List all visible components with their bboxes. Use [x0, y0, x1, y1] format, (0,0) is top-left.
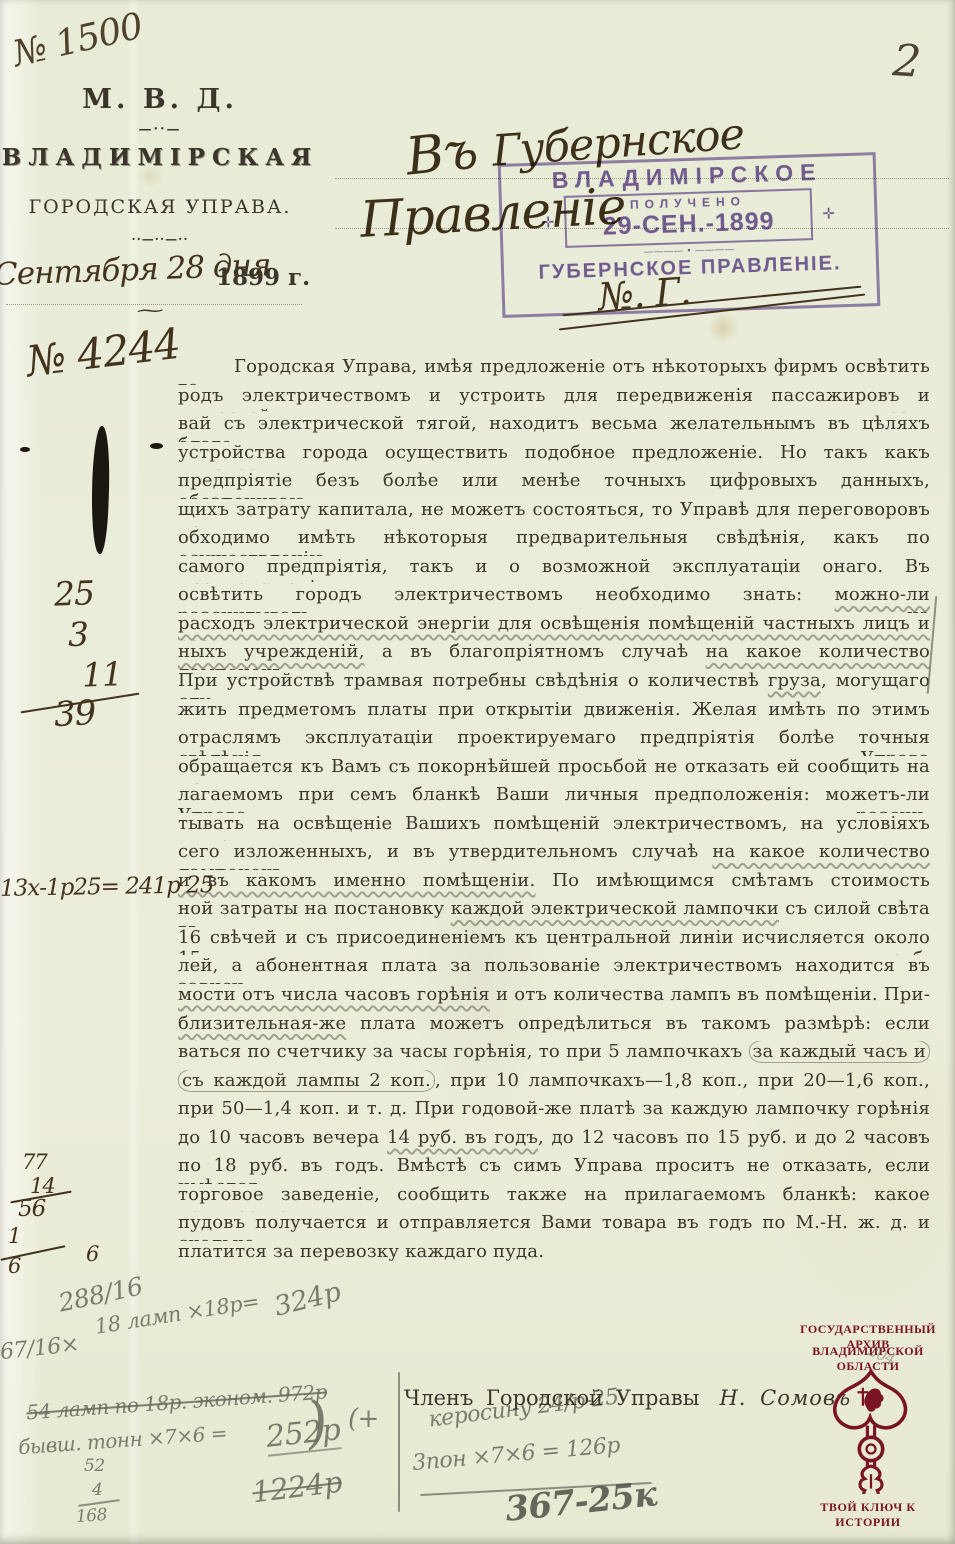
margin-sum-column: 25311: [44, 572, 154, 695]
body-line: сего изложенныхъ, и въ утвердительномъ с…: [178, 841, 930, 870]
body-segment: тывать на освѣщеніе Вашихъ помѣщеній эле…: [178, 813, 930, 842]
body-segment: обращается къ Вамъ съ покорнѣйшей просьб…: [178, 756, 930, 785]
pencil-marked-phrase: груза: [768, 670, 821, 691]
margin-calc-ink: 13х-1р25= 241р 25: [0, 872, 214, 902]
pencil-col-52: 52: [84, 1456, 105, 1476]
body-segment: а въ благопріятномъ случаѣ: [365, 641, 706, 662]
pencil-marked-phrase: съ каждой лампы 2 коп.: [178, 1070, 435, 1092]
body-line: по 18 руб. въ годъ. Вмѣстѣ съ симъ Управ…: [178, 1155, 930, 1184]
body-line: расходъ электрической энергіи для освѣще…: [178, 613, 930, 642]
pencil-calc-367: 367-25к: [503, 1474, 658, 1530]
watermark-caption: ТВОЙ КЛЮЧ К ИСТОРИИ: [788, 1500, 948, 1530]
pencil-marked-phrase: за каждый часъ и: [749, 1041, 930, 1063]
body-line: обходимо имѣть нѣкоторыя предварительныя…: [178, 527, 930, 556]
body-line: отраслямъ эксплуатаціи проектируемаго пр…: [178, 727, 930, 756]
body-line: 16 свѣчей и съ присоединеніемъ къ центра…: [178, 927, 930, 956]
stamp-ornament-right-icon: ✛: [822, 204, 835, 222]
body-line: предпріятіе безъ болѣе или менѣе точныхъ…: [178, 470, 930, 499]
letterhead-ministry: М. В. Д.: [0, 84, 320, 115]
body-segment: жить предметомъ платы при открытіи движе…: [178, 699, 930, 728]
margin-sum-number: 25: [43, 570, 154, 615]
pencil-marked-phrase: и въ какомъ именно помѣщеніи.: [178, 870, 535, 891]
pencil-calc-67: 67/16×: [0, 1332, 80, 1365]
archive-page-number: 2: [891, 35, 921, 88]
body-line: платится за перевозку каждаго пуда.: [178, 1241, 930, 1270]
ink-blot-dot-right: [150, 443, 163, 449]
body-segment: ваться по счетчику за часы горѣнія, то п…: [178, 1041, 749, 1062]
archive-emblem-icon: [826, 1368, 916, 1498]
outgoing-number: № 4244: [24, 319, 183, 386]
body-text: Городская Управа, имѣя предложеніе отъ н…: [178, 356, 930, 1270]
body-line: ной затраты на постановку каждой электри…: [178, 898, 930, 927]
body-line: мости отъ числа часовъ горѣнія и отъ кол…: [178, 984, 930, 1013]
body-line: ныхъ учрежденій, а въ благопріятномъ слу…: [178, 641, 930, 670]
body-line: лагаемомъ при семъ бланкѣ Ваши личныя пр…: [178, 784, 930, 813]
margin-frac-right: 6: [86, 1242, 98, 1266]
signature-title: Членъ Городской Управы: [404, 1386, 699, 1410]
margin-frac-top: 1: [8, 1224, 20, 1248]
body-line: съ каждой лампы 2 коп., при 10 лампочках…: [178, 1070, 930, 1099]
ink-blot: [90, 426, 111, 555]
registry-number-top: № 1500: [9, 6, 146, 75]
pencil-marked-phrase: ныхъ учрежденій,: [178, 641, 365, 662]
addressee-word-v: Въ: [403, 120, 480, 187]
body-segment: сего изложенныхъ, и въ утвердительномъ с…: [178, 841, 712, 862]
body-line: тывать на освѣщеніе Вашихъ помѣщеній эле…: [178, 813, 930, 842]
body-segment: при 50—1,4 коп. и т. д. При годовой-же п…: [178, 1098, 930, 1119]
body-segment: Городская Управа, имѣя предложеніе отъ н…: [178, 356, 930, 385]
body-segment: 16 свѣчей и съ присоединеніемъ къ центра…: [178, 927, 930, 948]
pencil-marked-phrase: 15 руб-: [178, 948, 930, 956]
body-segment: лагаемомъ при семъ бланкѣ Ваши личныя пр…: [178, 784, 930, 813]
pencil-marked-phrase: каждой электрической лампочки: [451, 898, 779, 919]
body-line: освѣтить городъ электричествомъ необходи…: [178, 584, 930, 613]
pencil-plus: (+: [348, 1404, 379, 1434]
pencil-marked-phrase: расходъ электрической энергіи для освѣще…: [178, 613, 930, 642]
body-segment: самого предпріятія, такъ и о возможной э…: [178, 556, 930, 585]
scanned-document-page: № 1500 2 М. В. Д. —··— ВЛАДИМІРСКАЯ ГОРО…: [0, 0, 955, 1544]
pencil-calc-324: 324р: [271, 1276, 343, 1322]
body-segment: вай съ электрической тягой, находитъ вес…: [178, 413, 930, 442]
margin-col2-item-1: 77: [22, 1150, 47, 1174]
body-segment: родъ электричествомъ и устроить для пере…: [178, 385, 930, 414]
letterhead-org-line1: ВЛАДИМІРСКАЯ: [0, 144, 320, 171]
pencil-calc-3pon: 3пон ×7×6 = 126р: [411, 1433, 621, 1476]
body-segment: пудовъ получается и отправляется Вами то…: [178, 1212, 930, 1241]
margin-frac-bottom: 6: [8, 1254, 20, 1278]
body-line: при 50—1,4 коп. и т. д. При годовой-же п…: [178, 1098, 930, 1127]
body-line: родъ электричествомъ и устроить для пере…: [178, 385, 930, 414]
margin-sum-total: 39: [53, 693, 96, 735]
letterhead-ornament-bottom: ··—··—··: [0, 232, 320, 246]
body-segment: по 18 руб. въ годъ. Вмѣстѣ съ симъ Управ…: [178, 1155, 930, 1184]
margin-sum-number: 3: [43, 611, 154, 656]
body-line: жить предметомъ платы при открытіи движе…: [178, 699, 930, 728]
pencil-marked-phrase: мости отъ числа часовъ горѣнія: [178, 984, 490, 1005]
pencil-calc-1224-struck: 1224р: [250, 1465, 343, 1510]
body-line: Городская Управа, имѣя предложеніе отъ н…: [178, 356, 930, 385]
pencil-col-168: 168: [75, 1505, 107, 1527]
ink-blot-dot-left: [20, 447, 30, 452]
pencil-marked-phrase: 14 руб. въ годъ: [387, 1127, 538, 1148]
body-segment: , при 10 лампочкахъ—1,8 коп., при 20—1,6…: [435, 1070, 930, 1091]
body-line: и въ какомъ именно помѣщеніи. По имѣющим…: [178, 870, 930, 899]
body-line: пудовъ получается и отправляется Вами то…: [178, 1212, 930, 1241]
body-line: близительная-же плата можетъ опредѣлитьс…: [178, 1013, 930, 1042]
body-line: вай съ электрической тягой, находитъ вес…: [178, 413, 930, 442]
pencil-col-4: 4: [92, 1480, 102, 1500]
body-line: до 10 часовъ вечера 14 руб. въ годъ, до …: [178, 1127, 930, 1156]
body-line: устройства города осуществить подобное п…: [178, 442, 930, 471]
letterhead-org-line2: ГОРОДСКАЯ УПРАВА.: [0, 196, 320, 218]
pencil-vertical-divider: [398, 1372, 400, 1512]
body-line: При устройствѣ трамвая потребны свѣдѣнія…: [178, 670, 930, 699]
body-segment: платится за перевозку каждаго пуда.: [178, 1241, 544, 1262]
body-segment: освѣтить городъ электричествомъ необходи…: [178, 584, 835, 605]
letterhead-ornament-top: —··—: [0, 122, 320, 137]
date-printed-year: 1899 г.: [216, 264, 310, 291]
body-segment: ной затраты на постановку: [178, 898, 451, 919]
body-segment: предпріятіе безъ болѣе или менѣе точныхъ…: [178, 470, 930, 499]
body-line: ваться по счетчику за часы горѣнія, то п…: [178, 1041, 930, 1070]
body-segment: обходимо имѣть нѣкоторыя предварительныя…: [178, 527, 930, 556]
body-segment: и отъ количества лампъ въ помѣщеніи. При…: [490, 984, 930, 1005]
body-line: лей, а абонентная плата за пользованіе э…: [178, 955, 930, 984]
body-segment: , до 12 часовъ по 15 руб. и до 2 часовъ: [538, 1127, 930, 1148]
body-line: щихъ затрату капитала, не можетъ состоят…: [178, 499, 930, 528]
body-line: обращается къ Вамъ съ покорнѣйшей просьб…: [178, 756, 930, 785]
body-segment: устройства города осуществить подобное п…: [178, 442, 930, 471]
body-segment: торговое заведеніе, сообщить также на пр…: [178, 1184, 930, 1213]
pencil-marked-phrase: близительная-же: [178, 1013, 346, 1034]
body-line: самого предпріятія, такъ и о возможной э…: [178, 556, 930, 585]
signature-line: Членъ Городской УправыН. Сомовъ: [404, 1386, 851, 1410]
body-segment: При устройствѣ трамвая потребны свѣдѣнія…: [178, 670, 768, 691]
body-segment: до 10 часовъ вечера: [178, 1127, 387, 1148]
body-segment: отраслямъ эксплуатаціи проектируемаго пр…: [178, 727, 930, 756]
body-segment: лей, а абонентная плата за пользованіе э…: [178, 955, 930, 984]
body-line: торговое заведеніе, сообщить также на пр…: [178, 1184, 930, 1213]
margin-col2-total: 56: [18, 1196, 45, 1222]
body-segment: щихъ затрату капитала, не можетъ состоят…: [178, 499, 930, 528]
margin-sum-number: 11: [43, 652, 154, 697]
pencil-calc-byv: бывш. тонн ×7×6 =: [17, 1421, 227, 1460]
date-squiggle: ~: [134, 300, 165, 321]
